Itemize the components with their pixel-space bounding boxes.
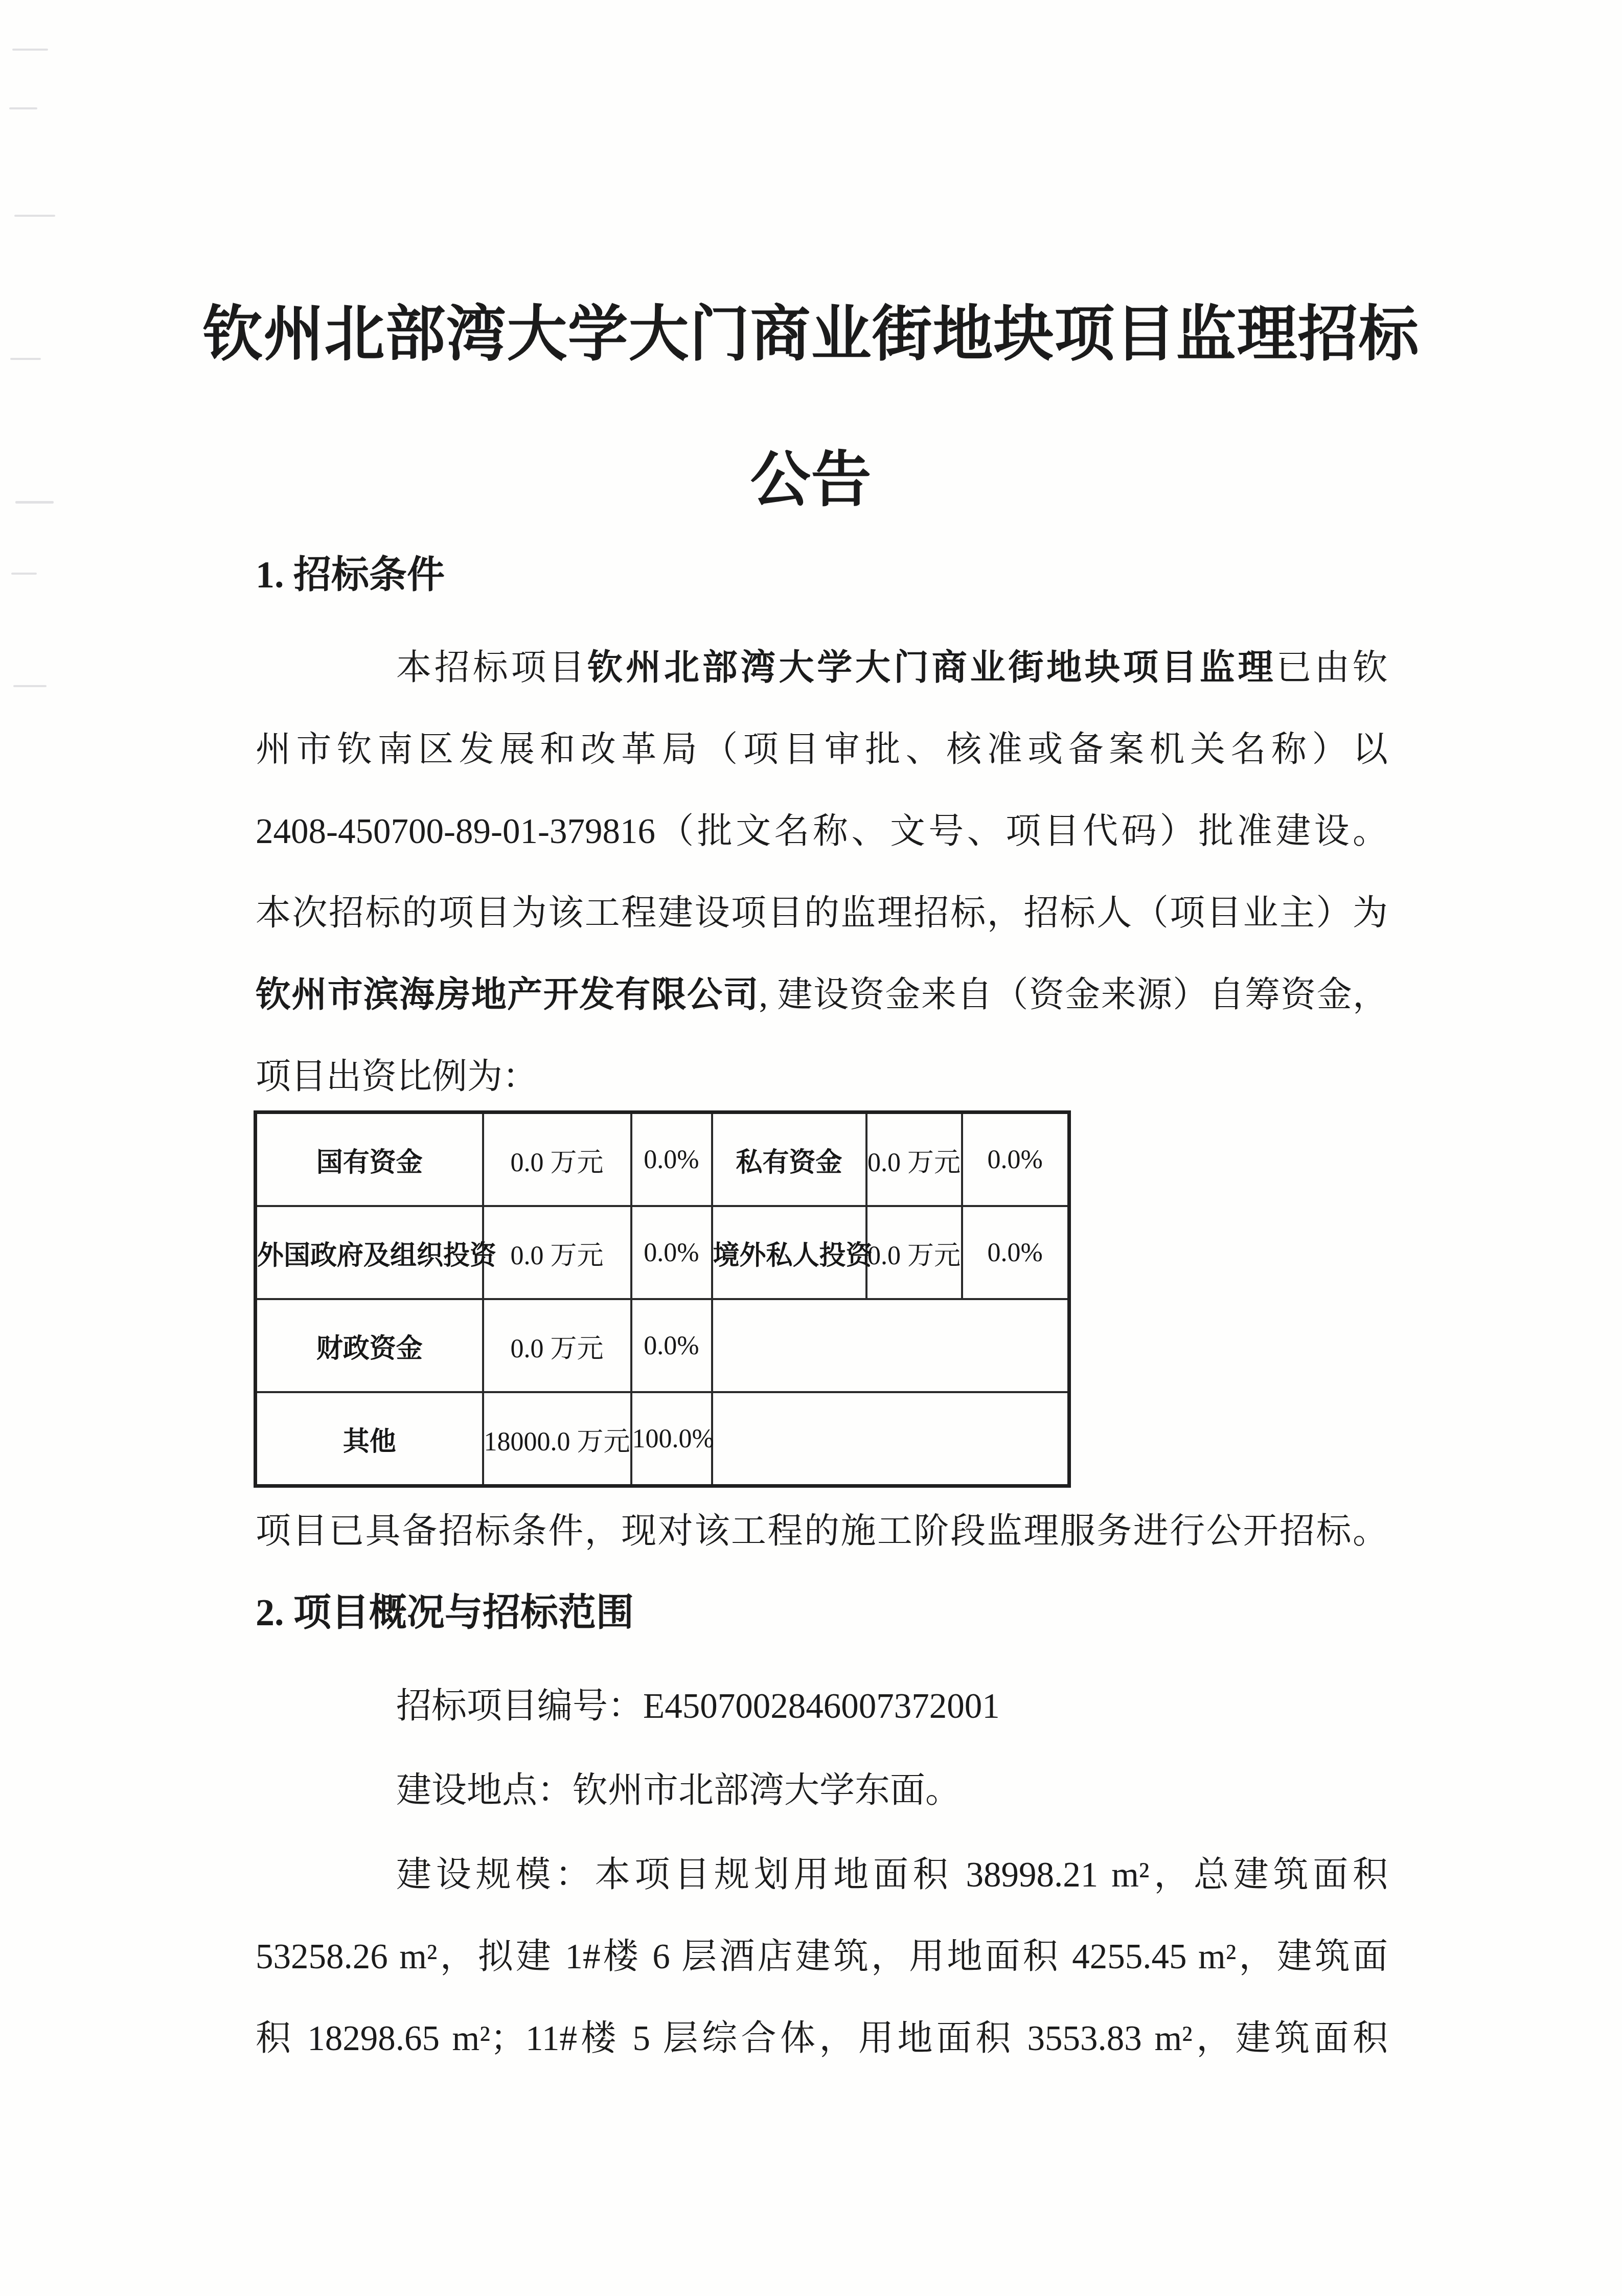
section1-closing-line: 项目已具备招标条件，现对该工程的施工阶段监理服务进行公开招标。 <box>256 1490 1388 1572</box>
table-cell-state-capital-amount: 0.0 万元 <box>483 1112 631 1207</box>
paragraph1-line4: 本次招标的项目为该工程建设项目的监理招标，招标人（项目业主）为 <box>256 872 1388 954</box>
table-cell-foreign-gov-amount: 0.0 万元 <box>483 1206 631 1299</box>
paragraph1-line6: 项目出资比例为： <box>256 1036 1388 1118</box>
paragraph1-line5-suffix: , 建设资金来自（资金来源）自筹资金， <box>759 975 1388 1014</box>
paragraph1-line2: 州市钦南区发展和改革局（项目审批、核准或备案机关名称）以 <box>256 709 1388 790</box>
construction-scale-line1: 建设规模：本项目规划用地面积 38998.21 m²，总建筑面积 <box>256 1834 1388 1916</box>
table-cell-other-amount: 18000.0 万元 <box>483 1392 631 1486</box>
paragraph1-line3: 2408-450700-89-01-379816（批文名称、文号、项目代码）批准… <box>256 790 1388 872</box>
table-cell-other-label: 其他 <box>256 1392 483 1486</box>
paragraph1-line5: 钦州市滨海房地产开发有限公司, 建设资金来自（资金来源）自筹资金， <box>256 954 1388 1036</box>
scan-artifact <box>14 215 55 217</box>
table-cell-state-capital-percent: 0.0% <box>631 1112 712 1207</box>
document-page: 钦州北部湾大学大门商业街地块项目监理招标 公告 1. 招标条件 本招标项目钦州北… <box>0 0 1622 2296</box>
funding-table: 国有资金 0.0 万元 0.0% 私有资金 0.0 万元 0.0% 外国政府及组… <box>254 1110 1071 1488</box>
project-number-line: 招标项目编号：E4507002846007372001 <box>256 1665 1388 1747</box>
section1-heading: 1. 招标条件 <box>256 544 1388 606</box>
section2-heading: 2. 项目概况与招标范围 <box>256 1582 1388 1644</box>
funding-table-row4: 其他 18000.0 万元 100.0% <box>256 1392 1069 1486</box>
table-cell-private-capital-label: 私有资金 <box>712 1112 866 1207</box>
scan-artifact <box>11 573 37 575</box>
table-cell-overseas-private-percent: 0.0% <box>962 1206 1069 1299</box>
document-title-line1: 钦州北部湾大学大门商业街地块项目监理招标 <box>0 289 1622 381</box>
table-cell-overseas-private-label: 境外私人投资 <box>712 1206 866 1299</box>
scan-artifact <box>9 107 37 109</box>
funding-table-row2: 外国政府及组织投资 0.0 万元 0.0% 境外私人投资 0.0 万元 0.0% <box>256 1206 1069 1299</box>
document-title-line2: 公告 <box>0 435 1622 527</box>
table-cell-foreign-gov-label: 外国政府及组织投资 <box>256 1206 483 1299</box>
table-cell-fiscal-funds-label: 财政资金 <box>256 1299 483 1392</box>
table-cell-state-capital-label: 国有资金 <box>256 1112 483 1207</box>
paragraph1-line1-suffix: 已由钦 <box>1276 648 1388 687</box>
tenderer-name-bold: 钦州市滨海房地产开发有限公司 <box>256 975 759 1014</box>
table-cell-private-capital-amount: 0.0 万元 <box>866 1112 962 1207</box>
paragraph1-line1-pre: 本招标项目 <box>396 648 587 687</box>
table-cell-empty <box>712 1299 1069 1392</box>
table-cell-overseas-private-amount: 0.0 万元 <box>866 1206 962 1299</box>
funding-table-row3: 财政资金 0.0 万元 0.0% <box>256 1299 1069 1392</box>
construction-location-line: 建设地点：钦州市北部湾大学东面。 <box>256 1749 1388 1831</box>
construction-scale-line3: 积 18298.65 m²；11#楼 5 层综合体，用地面积 3553.83 m… <box>256 1997 1388 2079</box>
table-cell-fiscal-funds-percent: 0.0% <box>631 1299 712 1392</box>
scan-artifact <box>12 49 48 51</box>
table-cell-private-capital-percent: 0.0% <box>962 1112 1069 1207</box>
funding-table-row1: 国有资金 0.0 万元 0.0% 私有资金 0.0 万元 0.0% <box>256 1112 1069 1207</box>
construction-scale-line2: 53258.26 m²，拟建 1#楼 6 层酒店建筑，用地面积 4255.45 … <box>256 1916 1388 1997</box>
table-cell-foreign-gov-percent: 0.0% <box>631 1206 712 1299</box>
table-cell-empty <box>712 1392 1069 1486</box>
scan-artifact <box>13 685 47 687</box>
table-cell-fiscal-funds-amount: 0.0 万元 <box>483 1299 631 1392</box>
paragraph1-line1: 本招标项目钦州北部湾大学大门商业街地块项目监理已由钦 <box>256 627 1388 709</box>
project-name-bold: 钦州北部湾大学大门商业街地块项目监理 <box>587 648 1276 687</box>
table-cell-other-percent: 100.0% <box>631 1392 712 1486</box>
